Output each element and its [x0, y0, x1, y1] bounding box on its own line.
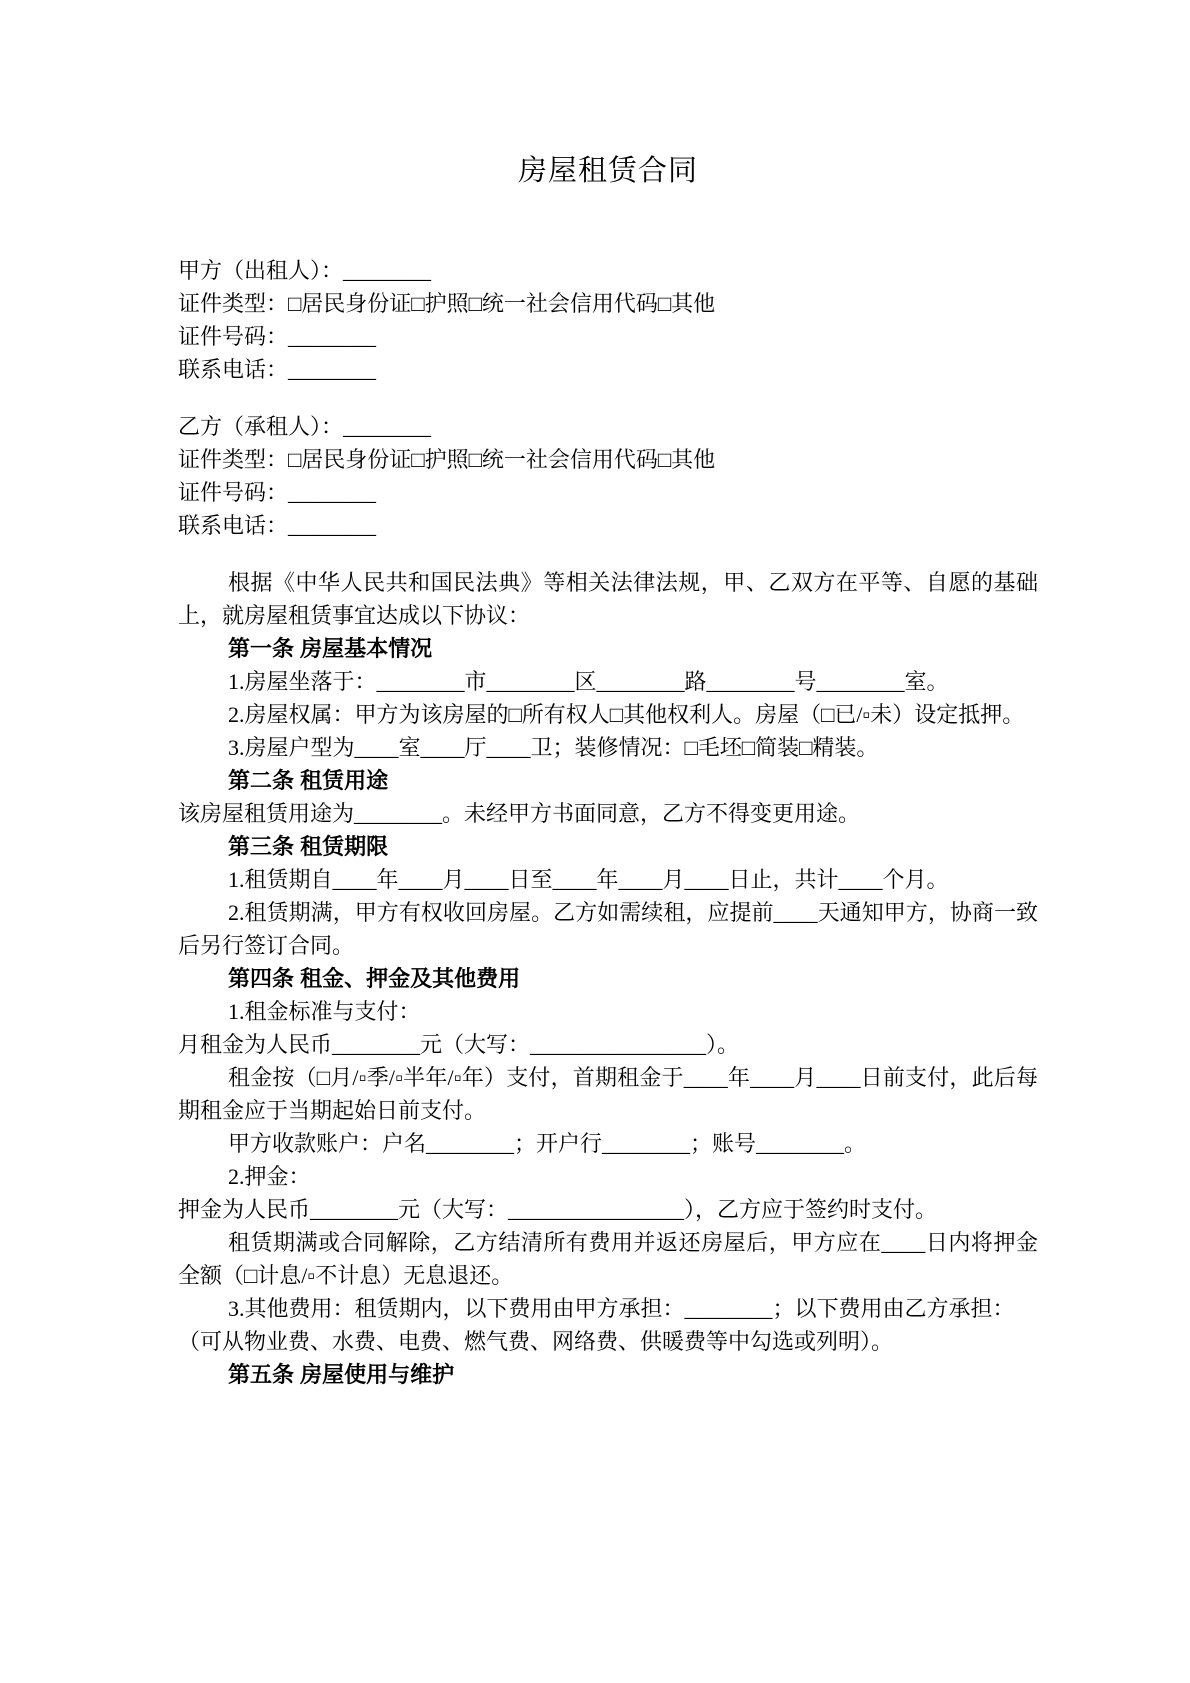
contract-paragraph: 证件号码：________ — [178, 476, 1038, 509]
contract-content: 房屋租赁合同 甲方（出租人）：________证件类型：□居民身份证□护照□统一… — [0, 0, 1190, 1391]
section-heading: 第二条 租赁用途 — [178, 764, 1038, 797]
contract-paragraph: （可从物业费、水费、电费、燃气费、网络费、供暖费等中勾选或列明）。 — [178, 1325, 1038, 1358]
contract-paragraph: 该房屋租赁用途为________。未经甲方书面同意，乙方不得变更用途。 — [178, 797, 1038, 830]
section-heading: 第一条 房屋基本情况 — [178, 632, 1038, 665]
contract-paragraph: 租赁期满或合同解除，乙方结清所有费用并返还房屋后，甲方应在____日内将押金全额… — [178, 1226, 1038, 1292]
section-heading: 第三条 租赁期限 — [178, 830, 1038, 863]
contract-paragraph: 证件类型：□居民身份证□护照□统一社会信用代码□其他 — [178, 287, 1038, 320]
contract-paragraph: 根据《中华人民共和国民法典》等相关法律法规，甲、乙双方在平等、自愿的基础上，就房… — [178, 566, 1038, 632]
contract-paragraph: 甲方收款账户：户名________；开户行________；账号________… — [178, 1127, 1038, 1160]
contract-page: 房屋租赁合同 甲方（出租人）：________证件类型：□居民身份证□护照□统一… — [0, 0, 1190, 1683]
section-heading: 第五条 房屋使用与维护 — [178, 1358, 1038, 1391]
contract-title: 房屋租赁合同 — [178, 150, 1038, 192]
contract-paragraph: 3.房屋户型为____室____厅____卫；装修情况：□毛坯□简装□精装。 — [178, 731, 1038, 764]
contract-paragraph: 2.房屋权属：甲方为该房屋的□所有权人□其他权利人。房屋（□已/▫未）设定抵押。 — [178, 698, 1038, 731]
contract-paragraph: 联系电话：________ — [178, 509, 1038, 542]
contract-paragraph: 3.其他费用：租赁期内，以下费用由甲方承担：________；以下费用由乙方承担… — [178, 1292, 1038, 1325]
contract-paragraph: 证件类型：□居民身份证□护照□统一社会信用代码□其他 — [178, 443, 1038, 476]
contract-paragraph: 2.租赁期满，甲方有权收回房屋。乙方如需续租，应提前____天通知甲方，协商一致… — [178, 896, 1038, 962]
contract-paragraph: 租金按（□月/▫季/▫半年/▫年）支付，首期租金于____年____月____日… — [178, 1061, 1038, 1127]
contract-paragraph: 月租金为人民币________元（大写：________________）。 — [178, 1028, 1038, 1061]
contract-paragraph: 1.房屋坐落于：________市________区________路_____… — [178, 665, 1038, 698]
contract-paragraph: 1.租金标准与支付： — [178, 995, 1038, 1028]
contract-paragraph: 证件号码：________ — [178, 320, 1038, 353]
contract-paragraph: 押金为人民币________元（大写：________________），乙方应… — [178, 1193, 1038, 1226]
contract-paragraph: 甲方（出租人）：________ — [178, 254, 1038, 287]
contract-paragraph: 乙方（承租人）：________ — [178, 410, 1038, 443]
contract-paragraph: 联系电话：________ — [178, 353, 1038, 386]
contract-body: 甲方（出租人）：________证件类型：□居民身份证□护照□统一社会信用代码□… — [178, 254, 1038, 1391]
contract-paragraph: 1.租赁期自____年____月____日至____年____月____日止，共… — [178, 863, 1038, 896]
contract-paragraph: 2.押金： — [178, 1160, 1038, 1193]
section-heading: 第四条 租金、押金及其他费用 — [178, 962, 1038, 995]
